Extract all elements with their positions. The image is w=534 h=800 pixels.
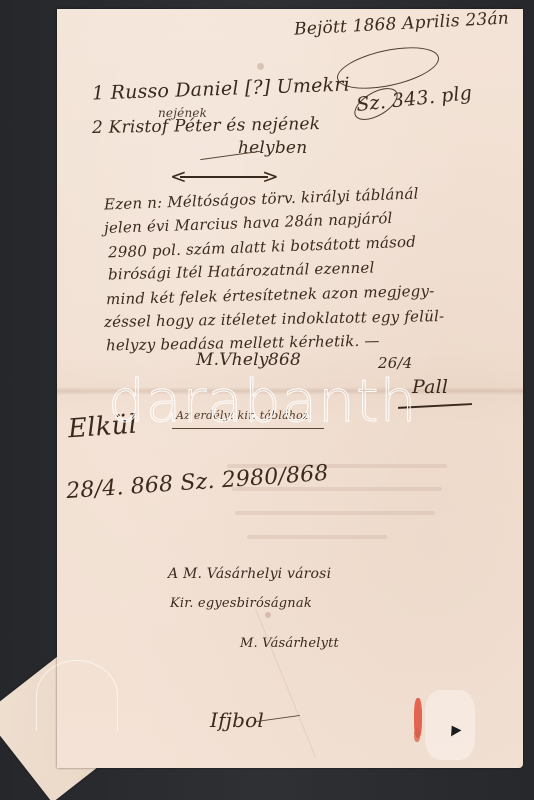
address-line-3: M. Vásárhelytt <box>240 636 339 651</box>
subject-location: helyben <box>238 138 307 158</box>
seal-paper-remnant <box>425 690 475 760</box>
divider-right-chevron: > <box>262 164 279 188</box>
paper-stain <box>257 63 264 70</box>
party-2: 2 Kristof Péter és nejének <box>92 114 321 138</box>
bleed-through-mark <box>247 535 387 539</box>
party-index: 1 <box>92 82 105 104</box>
paper-stain <box>265 612 271 618</box>
section-divider-line <box>180 176 268 178</box>
red-wax-seal-trace <box>414 728 420 742</box>
embossed-seal-imprint <box>36 660 118 731</box>
diagonal-crease <box>255 609 316 758</box>
address-line-1: A M. Vásárhelyi városi <box>168 566 331 582</box>
divider-left-chevron: < <box>170 164 187 188</box>
address-line-2: Kir. egyesbiróságnak <box>170 596 312 611</box>
party-name: Kristof Péter és nejének <box>108 114 320 138</box>
party-index: 2 <box>92 118 103 138</box>
signature-right: Pall <box>412 376 448 398</box>
watermark: darabanth <box>108 372 417 430</box>
bleed-through-mark <box>235 511 435 515</box>
